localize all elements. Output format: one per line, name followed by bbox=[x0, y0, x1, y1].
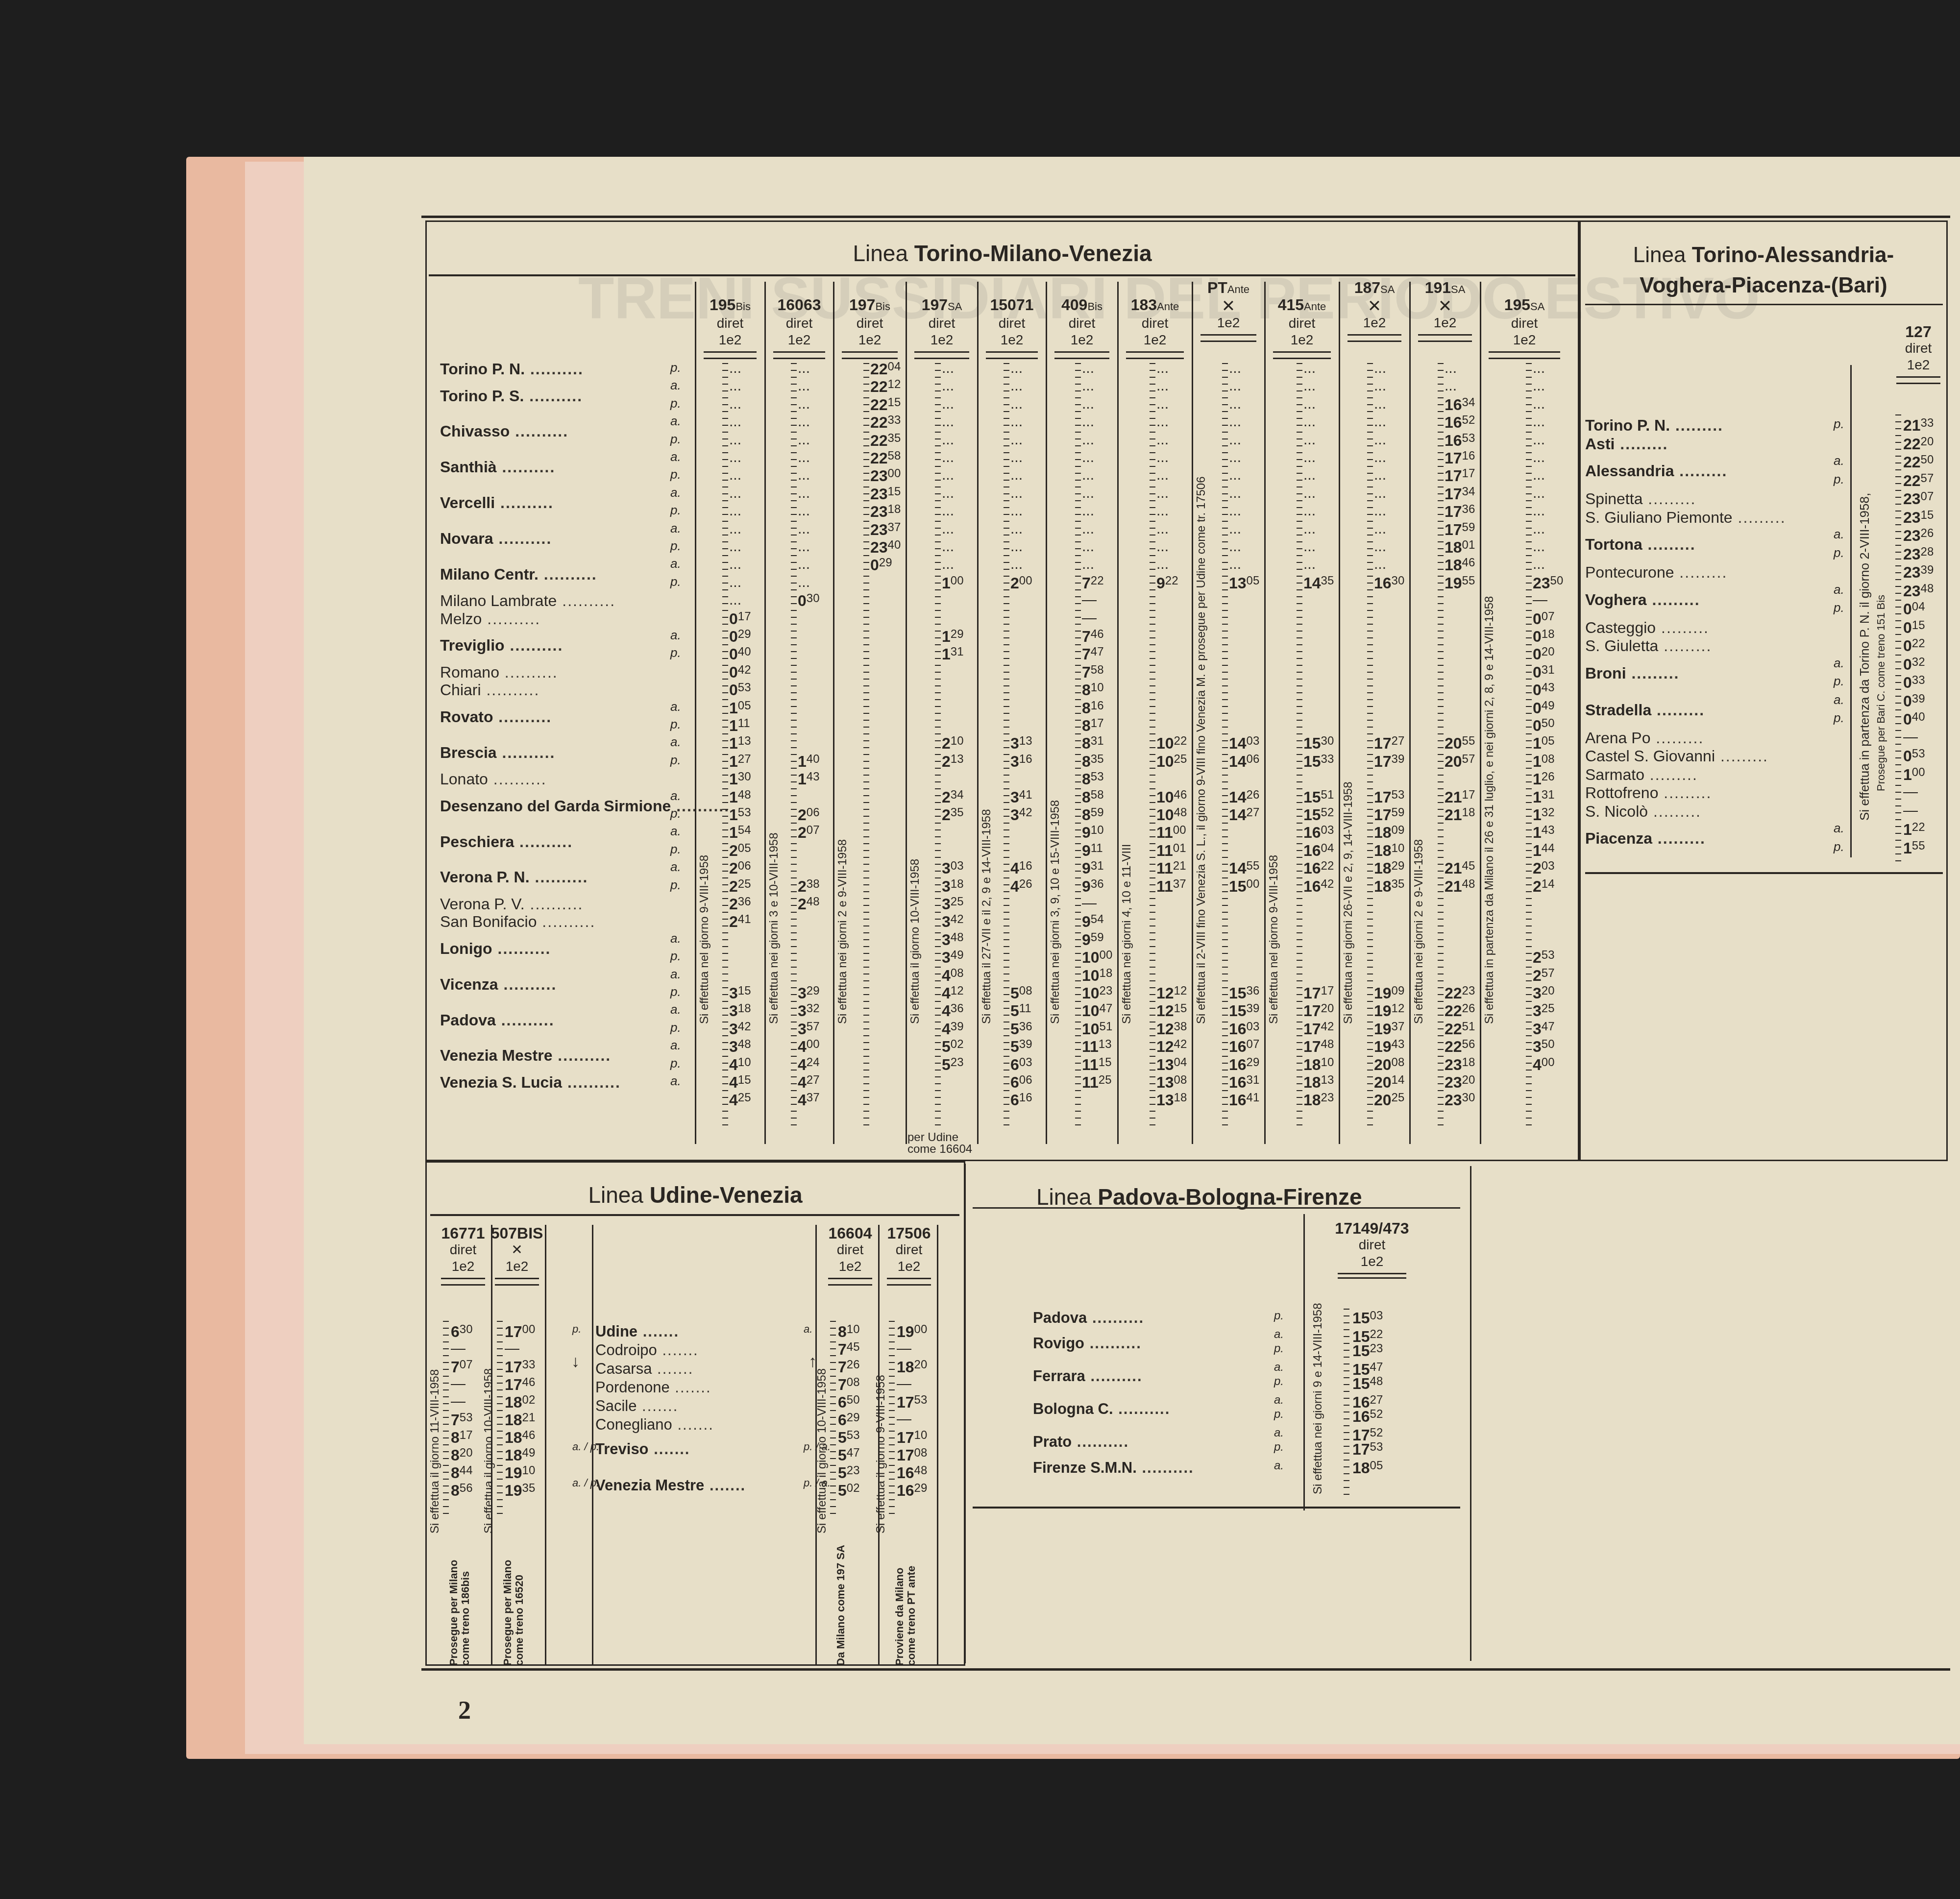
minute: 52 bbox=[1321, 806, 1334, 819]
arr-dep-marker: a. bbox=[670, 931, 681, 946]
train-header: 197Bisdiret1e2 bbox=[837, 296, 903, 359]
hour: 22 bbox=[1445, 984, 1462, 1002]
station-name: Casteggio ......... bbox=[1585, 619, 1709, 637]
time-cell: ... bbox=[1374, 467, 1386, 484]
hour: 17 bbox=[505, 1358, 522, 1376]
arr-dep-marker: a. bbox=[670, 734, 681, 750]
time-cell: 325 bbox=[1533, 1002, 1555, 1020]
train-number: 16771 bbox=[436, 1225, 490, 1242]
minute: 22 bbox=[1370, 1328, 1383, 1341]
station-label: Venezia Mestre bbox=[440, 1047, 552, 1064]
minute: 10 bbox=[1321, 1056, 1334, 1069]
station-label: Alessandria bbox=[1585, 462, 1674, 480]
time-cell: 722 bbox=[1082, 574, 1104, 592]
minute: 35 bbox=[951, 806, 964, 819]
hour: 22 bbox=[870, 414, 888, 431]
time-cell: ... bbox=[798, 503, 810, 519]
time-cell: 1748 bbox=[1303, 1038, 1334, 1056]
hour: 3 bbox=[942, 877, 951, 895]
arr-dep-marker: p. bbox=[1274, 1408, 1284, 1421]
time-cell: 234 bbox=[942, 788, 964, 806]
time-cell: — bbox=[1903, 803, 1918, 819]
hour: 20 bbox=[1445, 734, 1462, 752]
hour: 9 bbox=[1082, 913, 1091, 930]
minute: 33 bbox=[888, 414, 901, 427]
minute: 48 bbox=[951, 931, 964, 944]
time-cell: 931 bbox=[1082, 859, 1104, 877]
hour: 17 bbox=[1303, 1020, 1321, 1038]
hour: 6 bbox=[451, 1323, 460, 1340]
time-cell: 1810 bbox=[1374, 842, 1404, 860]
train-number-main: 187 bbox=[1354, 279, 1380, 296]
time-cell: ... bbox=[1156, 503, 1169, 519]
minute: 58 bbox=[888, 449, 901, 463]
minute: 39 bbox=[951, 1020, 964, 1033]
time-cell: 1900 bbox=[897, 1323, 927, 1341]
minute: 05 bbox=[738, 842, 751, 855]
time-cell: 018 bbox=[1533, 628, 1555, 646]
time-cell: 2251 bbox=[1445, 1020, 1475, 1038]
minute: 07 bbox=[1921, 490, 1934, 503]
time-cell: 342 bbox=[942, 913, 964, 931]
minute: 29 bbox=[951, 628, 964, 641]
arr-dep-marker: a. bbox=[670, 699, 681, 714]
minute: 57 bbox=[1462, 753, 1475, 766]
time-cell: 745 bbox=[838, 1340, 860, 1359]
hour: 8 bbox=[838, 1323, 847, 1340]
hour: 4 bbox=[942, 967, 951, 984]
time-cell: 053 bbox=[1903, 747, 1925, 765]
time-cell: 708 bbox=[838, 1376, 860, 1394]
minute: 13 bbox=[738, 734, 751, 748]
minute: 06 bbox=[738, 859, 751, 873]
wavy-validity-marker bbox=[1344, 1306, 1349, 1497]
hour: 16 bbox=[1352, 1408, 1370, 1425]
minute: 25 bbox=[1099, 1073, 1112, 1087]
wavy-validity-marker bbox=[443, 1318, 449, 1514]
time-cell: 412 bbox=[942, 984, 964, 1002]
train-note-17149: Si effettua nei giorni 9 e 14-VIII-1958 bbox=[1311, 1220, 1325, 1494]
minute: 54 bbox=[738, 824, 751, 837]
time-cell: ... bbox=[729, 592, 741, 609]
minute: 30 bbox=[1321, 734, 1334, 748]
minute: 20 bbox=[460, 1446, 473, 1460]
time-cell: 2212 bbox=[870, 378, 901, 396]
train-number: 507BIS bbox=[490, 1225, 544, 1242]
time-cell: 911 bbox=[1082, 842, 1103, 860]
time-cell: 213 bbox=[942, 753, 964, 771]
minute: 22 bbox=[1912, 637, 1925, 650]
train-type: diret bbox=[436, 1242, 490, 1258]
train-class: 1e2 bbox=[981, 332, 1043, 348]
station-name: S. Nicolò ......... bbox=[1585, 803, 1701, 821]
time-cell: 603 bbox=[1010, 1056, 1032, 1074]
section-title-tmv: Linea Torino-Milano-Venezia bbox=[425, 240, 1579, 267]
hour: 22 bbox=[1445, 1020, 1462, 1038]
train-class: 1e2 bbox=[1268, 332, 1336, 348]
minute: 20 bbox=[1921, 435, 1934, 448]
hour: 8 bbox=[1082, 699, 1091, 717]
minute: 25 bbox=[1542, 1002, 1555, 1015]
station-label: Asti bbox=[1585, 435, 1615, 453]
station-label: Piacenza bbox=[1585, 829, 1652, 847]
time-cell: ... bbox=[1156, 538, 1169, 555]
time-cell: 129 bbox=[942, 628, 964, 646]
train-type: diret bbox=[1050, 315, 1114, 332]
train-footer-note: Da Milano come 197 SA bbox=[835, 1538, 847, 1666]
leader-dots: ......... bbox=[1658, 784, 1712, 802]
hour: 18 bbox=[505, 1411, 522, 1429]
minute: 59 bbox=[1091, 806, 1104, 819]
hour: 17 bbox=[1374, 806, 1392, 824]
time-cell: 1821 bbox=[505, 1411, 535, 1429]
arr-dep-marker: p. bbox=[670, 432, 681, 447]
station-name: Broni ......... bbox=[1585, 664, 1679, 682]
time-cell: 1727 bbox=[1374, 734, 1404, 753]
hour: 17 bbox=[1374, 734, 1392, 752]
minute: 08 bbox=[847, 1376, 860, 1389]
minute: 27 bbox=[1392, 734, 1405, 748]
time-cell: 2340 bbox=[870, 538, 901, 557]
minute: 18 bbox=[1100, 967, 1113, 980]
train-header: 17506diret1e2 bbox=[882, 1225, 936, 1286]
time-cell: 320 bbox=[1533, 984, 1555, 1002]
column-divider bbox=[592, 1225, 593, 1666]
station-name: Sacile ....... bbox=[595, 1397, 678, 1415]
column-divider bbox=[1264, 282, 1266, 1144]
station-name: Piacenza ......... bbox=[1585, 829, 1706, 848]
train-number-main: 409 bbox=[1061, 296, 1087, 314]
time-cell: 341 bbox=[1010, 788, 1032, 806]
arr-dep-marker: p. bbox=[670, 396, 681, 411]
station-label: Torino P. S. bbox=[440, 387, 524, 405]
station-label: Voghera bbox=[1585, 591, 1647, 609]
station-label: Peschiera bbox=[440, 833, 514, 851]
minute: 48 bbox=[738, 1038, 751, 1051]
station-label: Torino P. N. bbox=[440, 360, 525, 378]
minute: 46 bbox=[522, 1429, 536, 1442]
time-cell: 143 bbox=[798, 770, 820, 788]
leader-dots: ......... bbox=[1674, 462, 1727, 480]
minute: 27 bbox=[1370, 1393, 1383, 1407]
time-cell: 007 bbox=[1533, 610, 1555, 628]
hour: 3 bbox=[1010, 753, 1019, 770]
station-label: Arena Po bbox=[1585, 729, 1650, 747]
arr-dep-marker: p. bbox=[670, 842, 681, 857]
hour: 18 bbox=[1445, 556, 1462, 574]
station-label: Sarmato bbox=[1585, 766, 1644, 783]
minute: 58 bbox=[1091, 788, 1104, 802]
hour: 12 bbox=[1156, 1020, 1174, 1038]
train-type: diret bbox=[1121, 315, 1189, 332]
station-name: Verona P. N. .......... bbox=[440, 868, 588, 886]
hour: 23 bbox=[870, 538, 888, 556]
arr-dep-marker: a. bbox=[670, 1073, 681, 1089]
leader-dots: ......... bbox=[1656, 619, 1709, 636]
minute: 42 bbox=[1019, 806, 1032, 819]
hour: 18 bbox=[1374, 859, 1392, 877]
train-number-main: 191 bbox=[1425, 279, 1451, 296]
hour: 1 bbox=[1533, 788, 1542, 806]
hour: 8 bbox=[451, 1482, 460, 1499]
train-header: 195Bisdiret1e2 bbox=[699, 296, 761, 359]
hour: 2 bbox=[729, 877, 738, 895]
wavy-validity-marker bbox=[497, 1318, 503, 1514]
leader-dots: .......... bbox=[557, 592, 615, 609]
wavy-validity-marker bbox=[830, 1318, 836, 1514]
minute: 13 bbox=[1019, 734, 1032, 748]
leader-dots: .......... bbox=[1072, 1433, 1129, 1450]
time-cell: 313 bbox=[1010, 734, 1032, 753]
arr-dep-marker: a. bbox=[1834, 453, 1844, 468]
time-cell: ... bbox=[1533, 467, 1545, 484]
minute: 43 bbox=[1542, 681, 1555, 694]
leader-dots: ......... bbox=[1648, 803, 1701, 820]
hour: 18 bbox=[1303, 1091, 1321, 1109]
arr-dep-marker: p. bbox=[1834, 710, 1844, 726]
leader-dots: ......... bbox=[1670, 416, 1723, 434]
train-type: diret bbox=[981, 315, 1043, 332]
time-cell: 1801 bbox=[1445, 538, 1475, 557]
time-cell: 029 bbox=[870, 556, 892, 574]
time-cell: 131 bbox=[942, 645, 964, 663]
hour: 10 bbox=[1156, 734, 1174, 752]
leader-dots: .......... bbox=[498, 975, 557, 993]
hour: 17 bbox=[897, 1429, 914, 1446]
hour: 0 bbox=[1533, 610, 1542, 628]
train-class: 1e2 bbox=[699, 332, 761, 348]
minute: 32 bbox=[1912, 656, 1925, 669]
time-cell: 206 bbox=[798, 806, 820, 824]
time-cell: 1603 bbox=[1229, 1020, 1259, 1038]
station-label: Sacile bbox=[595, 1397, 637, 1414]
minute: 29 bbox=[738, 628, 751, 641]
time-cell: 2057 bbox=[1445, 753, 1475, 771]
minute: 20 bbox=[1542, 984, 1555, 998]
minute: 52 bbox=[1370, 1426, 1383, 1439]
time-cell: 111 bbox=[729, 717, 750, 735]
time-cell: — bbox=[1082, 592, 1097, 609]
time-cell: 303 bbox=[942, 859, 964, 877]
minute: 00 bbox=[951, 574, 964, 587]
time-cell: 053 bbox=[729, 681, 751, 699]
minute: 26 bbox=[847, 1358, 860, 1371]
time-cell: ... bbox=[1229, 414, 1241, 430]
hour: 14 bbox=[1229, 806, 1247, 824]
train-number: 183Ante bbox=[1121, 296, 1189, 315]
station-name: Venezia Mestre ....... bbox=[595, 1477, 746, 1494]
column-divider bbox=[1339, 282, 1340, 1144]
hour: 9 bbox=[1082, 877, 1091, 895]
train-class: 1e2 bbox=[909, 332, 974, 348]
minute: 00 bbox=[888, 467, 901, 480]
hour: 16 bbox=[1303, 859, 1321, 877]
train-header: 16063diret1e2 bbox=[768, 296, 830, 359]
minute: 29 bbox=[807, 984, 820, 998]
train-type: diret bbox=[823, 1242, 877, 1258]
title-divider bbox=[430, 1214, 959, 1216]
station-label: Lonigo bbox=[440, 940, 492, 957]
hour: 0 bbox=[1903, 656, 1912, 673]
hour: 2 bbox=[1533, 877, 1542, 895]
time-cell: 1523 bbox=[1352, 1342, 1383, 1360]
hour: 0 bbox=[1903, 710, 1912, 728]
minute: 30 bbox=[1392, 574, 1405, 587]
title-text: Torino-Milano-Venezia bbox=[914, 241, 1152, 266]
time-cell: 132 bbox=[1533, 806, 1555, 824]
train-validity-note: Si effettua il giorno 10-VIII-1958 bbox=[908, 859, 922, 1024]
time-cell: 959 bbox=[1082, 931, 1104, 949]
station-label: Codroipo bbox=[595, 1341, 657, 1359]
arr-dep-marker: a. bbox=[1834, 527, 1844, 542]
leader-dots: .......... bbox=[537, 913, 595, 930]
hour: 1 bbox=[1903, 821, 1912, 838]
hour: 1 bbox=[729, 788, 738, 806]
time-cell: ... bbox=[1229, 538, 1241, 555]
arr-dep-marker: a. bbox=[1274, 1328, 1284, 1341]
hour: 2 bbox=[1010, 574, 1019, 592]
time-cell: 726 bbox=[838, 1358, 860, 1376]
train-class: 1e2 bbox=[1484, 332, 1565, 348]
hour: 2 bbox=[798, 824, 807, 841]
minute: 15 bbox=[1174, 1002, 1187, 1015]
time-cell: 1101 bbox=[1156, 842, 1186, 860]
minute: 03 bbox=[1370, 1309, 1383, 1322]
hour: 8 bbox=[1082, 770, 1091, 788]
time-cell: ... bbox=[942, 467, 954, 484]
hour: 0 bbox=[1533, 628, 1542, 645]
double-rule bbox=[828, 1278, 872, 1286]
hour: 1 bbox=[942, 574, 951, 592]
station-name: Novara .......... bbox=[440, 530, 552, 548]
hour: 2 bbox=[798, 806, 807, 824]
hour: 7 bbox=[838, 1358, 847, 1376]
time-cell: ... bbox=[1156, 396, 1169, 413]
hour: 23 bbox=[1903, 527, 1921, 544]
arr-dep-marker-left: a. / p. bbox=[572, 1440, 599, 1453]
time-cell: ... bbox=[942, 378, 954, 394]
hour: 15 bbox=[1303, 806, 1321, 824]
station-name: Sarmato ......... bbox=[1585, 766, 1698, 784]
minute: 54 bbox=[1091, 913, 1104, 926]
minute: 03 bbox=[1247, 1020, 1260, 1033]
minute: 48 bbox=[1921, 582, 1934, 595]
time-cell: 2233 bbox=[870, 414, 901, 432]
arr-dep-marker: p. bbox=[670, 949, 681, 964]
time-cell: — bbox=[897, 1340, 911, 1357]
section-end-rule bbox=[1585, 872, 1943, 874]
train-header: PTAnte✕1e2 bbox=[1196, 279, 1261, 342]
minute: 06 bbox=[1247, 753, 1260, 766]
leader-dots: ......... bbox=[1642, 536, 1696, 553]
minute: 32 bbox=[807, 1002, 820, 1015]
minute: 16 bbox=[1462, 449, 1475, 463]
train-note-127-b: Prosegue per Bari C. come treno 151 Bis bbox=[1875, 595, 1887, 791]
minute: 53 bbox=[1370, 1440, 1383, 1454]
station-name: Rovigo .......... bbox=[1033, 1335, 1142, 1352]
time-cell: 200 bbox=[1010, 574, 1032, 592]
minute: 23 bbox=[847, 1464, 860, 1477]
hour: 19 bbox=[897, 1323, 914, 1340]
time-cell: ... bbox=[729, 449, 741, 466]
train-number-suffix: Ante bbox=[1157, 300, 1179, 313]
hour: 17 bbox=[1445, 503, 1462, 520]
time-cell: ... bbox=[1010, 467, 1023, 484]
title-line2: Voghera-Piacenza-(Bari) bbox=[1640, 273, 1887, 297]
minute: 18 bbox=[1462, 1056, 1475, 1069]
time-cell: 1739 bbox=[1374, 753, 1404, 771]
station-label: S. Giuliano Piemonte bbox=[1585, 509, 1733, 526]
minute: 16 bbox=[1019, 753, 1032, 766]
hour: 3 bbox=[1010, 806, 1019, 824]
time-cell: 2133 bbox=[1903, 416, 1934, 435]
hour: 15 bbox=[1229, 984, 1247, 1002]
hour: 7 bbox=[1082, 663, 1091, 681]
leader-dots: .......... bbox=[1085, 1367, 1143, 1385]
wavy-validity-marker bbox=[889, 1318, 895, 1514]
minute: 02 bbox=[847, 1482, 860, 1495]
time-cell: 2226 bbox=[1445, 1002, 1475, 1020]
minute: 33 bbox=[1921, 416, 1934, 430]
time-cell: 040 bbox=[1903, 710, 1925, 729]
hour: 5 bbox=[942, 1038, 951, 1055]
minute: 09 bbox=[1392, 824, 1405, 837]
time-cell: 2257 bbox=[1903, 472, 1934, 490]
time-cell: 1759 bbox=[1445, 521, 1475, 539]
train-validity-note: Si effettua nel giorno 9-VIII-1958 bbox=[698, 855, 711, 1024]
double-rule bbox=[986, 351, 1038, 359]
minute: 15 bbox=[738, 984, 751, 998]
station-label: Rovato bbox=[440, 708, 493, 726]
minute: 35 bbox=[1091, 753, 1104, 766]
wavy-validity-marker bbox=[1367, 360, 1373, 1129]
time-cell: ... bbox=[1229, 449, 1241, 466]
column-divider bbox=[1850, 365, 1852, 857]
train-class: 1e2 bbox=[1121, 332, 1189, 348]
time-cell: 1603 bbox=[1303, 824, 1334, 842]
station-label: Romano bbox=[440, 663, 499, 681]
station-label: Bologna C. bbox=[1033, 1400, 1113, 1417]
train-validity-note: Si effettua nei giorni 4, 10 e 11-VIII bbox=[1120, 844, 1134, 1024]
time-cell: 835 bbox=[1082, 753, 1104, 771]
minute: 47 bbox=[1091, 645, 1104, 658]
hour: 18 bbox=[1303, 1073, 1321, 1091]
minute: 23 bbox=[1100, 984, 1113, 998]
time-cell: 437 bbox=[798, 1091, 820, 1109]
train-number-suffix: Bis bbox=[1087, 300, 1102, 313]
time-cell: ... bbox=[798, 396, 810, 413]
train-class: 1e2 bbox=[490, 1258, 544, 1275]
time-cell: ... bbox=[1303, 467, 1316, 484]
minute: 15 bbox=[1912, 619, 1925, 632]
hour: 10 bbox=[1082, 949, 1100, 966]
time-cell: ... bbox=[1082, 521, 1094, 537]
minute: 41 bbox=[738, 913, 751, 926]
station-label: Ferrara bbox=[1033, 1367, 1085, 1385]
minute: 26 bbox=[1019, 877, 1032, 891]
minute: 33 bbox=[1912, 674, 1925, 687]
station-label: Tortona bbox=[1585, 536, 1642, 553]
hour: 5 bbox=[942, 1056, 951, 1073]
station-label: Conegliano bbox=[595, 1416, 672, 1433]
hour: 11 bbox=[1082, 1073, 1099, 1091]
section-divider bbox=[964, 1164, 966, 1663]
hour: 22 bbox=[870, 378, 888, 395]
time-cell: ... bbox=[1374, 432, 1386, 448]
time-cell: 105 bbox=[1533, 734, 1555, 753]
minute: 00 bbox=[522, 1323, 536, 1336]
hour: 3 bbox=[729, 1020, 738, 1038]
